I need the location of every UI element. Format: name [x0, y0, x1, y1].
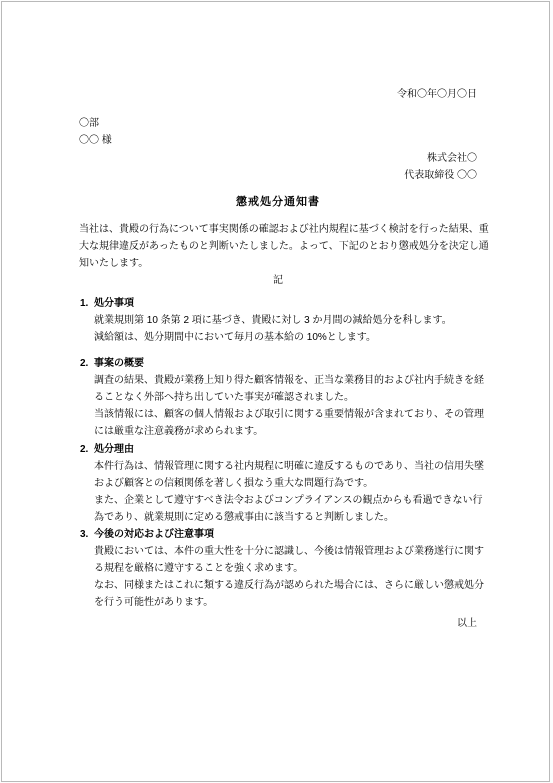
- section-disciplinary-action: 1. 処分事項 就業規則第 10 条第 2 項に基づき、貴殿に対し 3 か月間の…: [79, 295, 477, 346]
- section-line: 減給額は、処分期間中において毎月の基本給の 10%とします。: [94, 329, 477, 346]
- section-line: また、企業として遵守すべき法令およびコンプライアンスの観点からも看過できない行: [94, 492, 477, 509]
- section-line: には厳重な注意義務が求められます。: [94, 423, 477, 440]
- section-number: 3.: [80, 526, 88, 543]
- section-line: 当該情報には、顧客の個人情報および取引に関する重要情報が含まれており、その管理: [94, 406, 477, 423]
- section-line: 調査の結果、貴殿が業務上知り得た顧客情報を、正当な業務目的および社内手続きを経: [94, 372, 477, 389]
- section-number: 2.: [80, 441, 88, 458]
- recipient-name-line: 〇〇 様: [79, 132, 477, 149]
- section-line: 貴殿においては、本件の重大性を十分に認識し、今後は情報管理および業務遂行に関す: [94, 543, 477, 560]
- issue-date: 令和〇年〇月〇日: [79, 86, 477, 103]
- section-line: なお、同様またはこれに類する違反行為が認められた場合には、さらに厳しい懲戒処分: [94, 577, 477, 594]
- section-line: 本件行為は、情報管理に関する社内規程に明確に違反するものであり、当社の信用失墜: [94, 458, 477, 475]
- section-line: を行う可能性があります。: [94, 594, 477, 611]
- section-line: 就業規則第 10 条第 2 項に基づき、貴殿に対し 3 か月間の減給処分を科しま…: [94, 312, 477, 329]
- section-line: ることなく外部へ持ち出していた事実が確認されました。: [94, 389, 477, 406]
- section-future-actions: 3. 今後の対応および注意事項 貴殿においては、本件の重大性を十分に認識し、今後…: [79, 526, 477, 611]
- intro-line: 当社は、貴殿の行為について事実関係の確認および社内規程に基づく検討を行った結果、…: [79, 221, 477, 238]
- sender-block: 株式会社〇 代表取締役 〇〇: [79, 150, 477, 184]
- sections-list: 1. 処分事項 就業規則第 10 条第 2 項に基づき、貴殿に対し 3 か月間の…: [79, 295, 477, 611]
- document-page: 令和〇年〇月〇日 〇部 〇〇 様 株式会社〇 代表取締役 〇〇 懲戒処分通知書 …: [1, 1, 550, 782]
- section-line: 為であり、就業規則に定める懲戒事由に該当すると判断しました。: [94, 509, 477, 526]
- intro-line: 大な規律違反があったものと判断いたしました。よって、下記のとおり懲戒処分を決定し…: [79, 238, 477, 255]
- section-line: る規程を厳格に遵守することを強く求めます。: [94, 560, 477, 577]
- section-heading: 事案の概要: [94, 355, 477, 372]
- sender-representative-line: 代表取締役 〇〇: [79, 167, 477, 184]
- closing-marker: 以上: [79, 615, 477, 632]
- section-disposition-reason: 2. 処分理由 本件行為は、情報管理に関する社内規程に明確に違反するものであり、…: [79, 441, 477, 526]
- recipient-block: 〇部 〇〇 様: [79, 115, 477, 149]
- recipient-department-line: 〇部: [79, 115, 477, 132]
- section-number: 2.: [80, 355, 88, 372]
- record-marker: 記: [79, 272, 477, 289]
- section-number: 1.: [80, 295, 88, 312]
- section-heading: 今後の対応および注意事項: [94, 526, 477, 543]
- section-heading: 処分理由: [94, 441, 477, 458]
- document-title: 懲戒処分通知書: [79, 194, 477, 211]
- section-case-summary: 2. 事案の概要 調査の結果、貴殿が業務上知り得た顧客情報を、正当な業務目的およ…: [79, 355, 477, 440]
- sender-company-line: 株式会社〇: [79, 150, 477, 167]
- intro-line: 知いたします。: [79, 255, 477, 272]
- section-heading: 処分事項: [94, 295, 477, 312]
- intro-paragraph: 当社は、貴殿の行為について事実関係の確認および社内規程に基づく検討を行った結果、…: [79, 221, 477, 272]
- section-line: および顧客との信頼関係を著しく損なう重大な問題行為です。: [94, 475, 477, 492]
